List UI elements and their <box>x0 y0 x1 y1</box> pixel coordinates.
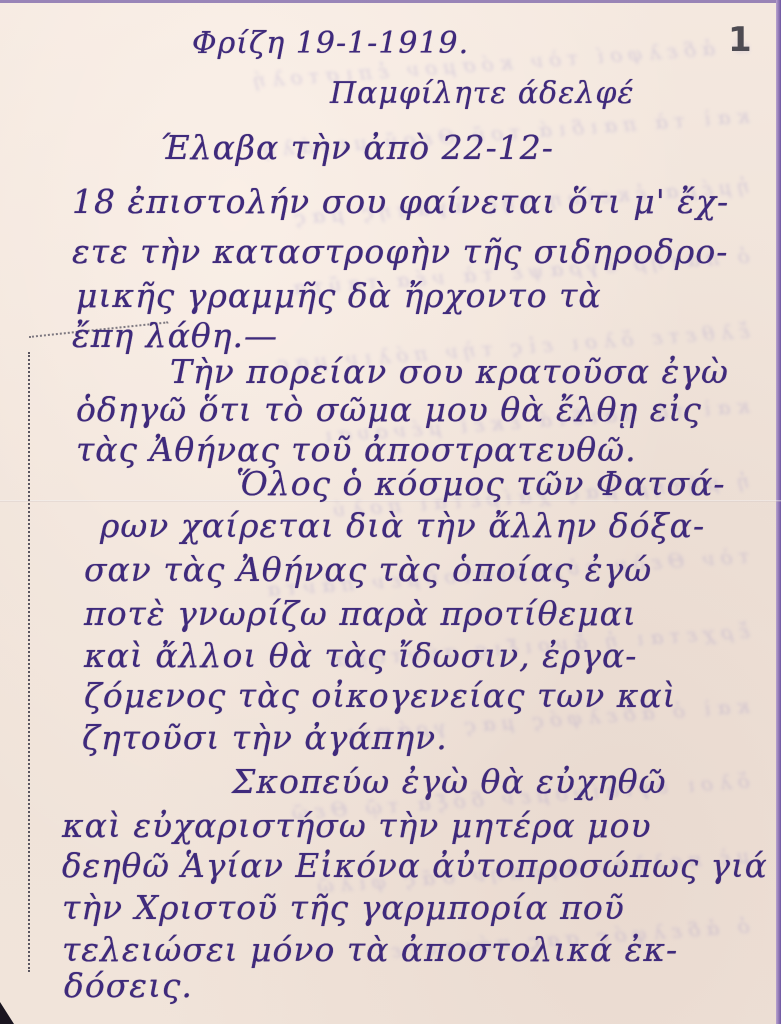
letter-line: ρων χαίρεται διὰ τὴν ἄλλην δόξα- <box>100 506 705 545</box>
letter-line: ποτὲ γνωρίζω παρὰ προτίθεμαι <box>84 594 637 633</box>
scan-corner-shadow <box>0 1002 14 1024</box>
letter-line: ἔπη λάθη.— <box>72 316 278 355</box>
scan-frame-top <box>0 0 781 3</box>
letter-line: δόσεις. <box>64 966 193 1005</box>
letter-line: καὶ ἄλλοι θὰ τὰς ἴδωσιν, ἐργα- <box>84 636 637 675</box>
page-number: 1 <box>728 20 752 60</box>
letter-line: ζητοῦσι τὴν ἀγάπην. <box>82 718 448 757</box>
scan-frame-right <box>776 0 781 1024</box>
letter-line: ετε τὴν καταστροφὴν τῆς σιδηροδρο- <box>72 232 728 271</box>
letter-line: τελειώσει μόνο τὰ ἀποστολικά ἐκ- <box>62 930 678 969</box>
letter-line: καὶ εὐχαριστήσω τὴν μητέρα μου <box>62 806 652 845</box>
letter-line: τὴν Χριστοῦ τῆς γαρμπορία ποῦ <box>62 888 625 927</box>
pencil-margin-line <box>28 352 30 972</box>
letter-line: ὁδηγῶ ὅτι τὸ σῶμα μου θὰ ἔλθῃ εἰς <box>76 390 702 429</box>
letter-line: Ὅλος ὁ κόσμος τῶν Φατσά- <box>236 464 726 503</box>
letter-line: δεηθῶ Ἁγίαν Εἰκόνα ἀὐτοπροσώπως γιά <box>62 846 768 885</box>
letter-line: μικῆς γραμμῆς δὰ ἤρχοντο τὰ <box>76 276 602 315</box>
letter-line: σαν τὰς Ἀθήνας τὰς ὁποίας ἐγώ <box>84 550 652 589</box>
letter-line: Έλαβα τὴν ἀπὸ 22-12- <box>160 128 554 167</box>
letter-page: ῶ ἀδελφοί τὸν κόσμον ἐπιστολή καὶ τὰ παι… <box>0 0 781 1024</box>
place-date: Φρίζη 19-1-1919. <box>192 26 469 61</box>
letter-line: Τὴν πορείαν σου κρατοῦσα ἐγὼ <box>170 352 729 391</box>
letter-line: Σκοπεύω ἐγὼ θὰ εὐχηθῶ <box>232 762 666 801</box>
letter-line: ζόμενος τὰς οἰκογενείας των καὶ <box>84 676 677 715</box>
letter-line: 18 ἐπιστολήν σου φαίνεται ὅτι μ' ἔχ- <box>72 182 729 221</box>
salutation: Παμφίλητε άδελφέ <box>330 76 634 111</box>
